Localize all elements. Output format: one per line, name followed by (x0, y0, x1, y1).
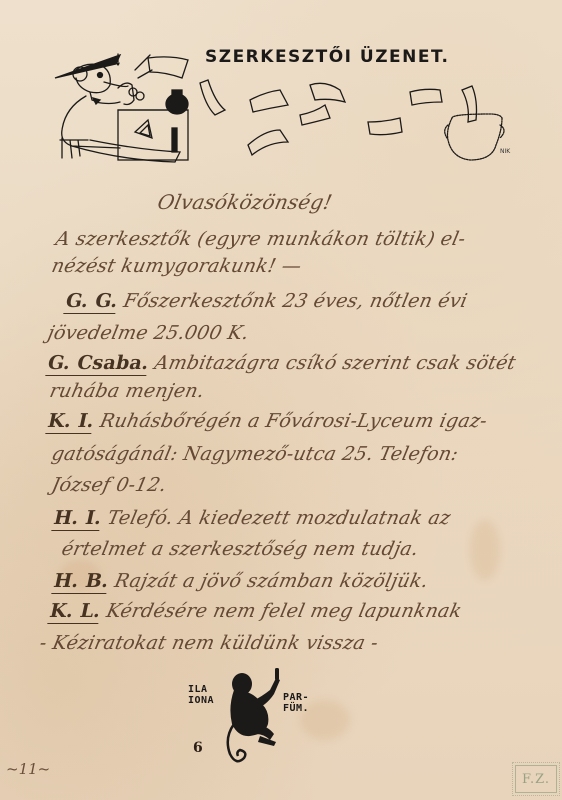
artist-signature: NIK (500, 148, 510, 155)
entry-text: Ambitazágra csíkó szerint csak sötét (153, 352, 518, 374)
masthead-title: SZERKESZTŐI ÜZENET. (205, 47, 449, 67)
entry-g-csaba: G. Csaba.Ambitazágra csíkó szerint csak … (46, 352, 518, 374)
entry-ki: K. I.Ruhásbőrégén a Fővárosi-Lyceum igaz… (46, 410, 490, 432)
signature-block: ILA IONA PAR- FÜM. (180, 662, 350, 772)
signature-left-line: ILA (188, 684, 214, 695)
letter-greeting: Olvasóközönség! (155, 190, 334, 214)
letter-intro-line: A szerkesztők (egyre munkákon töltik) el… (54, 228, 468, 250)
signature-right-line: PAR- (283, 692, 309, 703)
entry-tag: H. I. (51, 507, 104, 531)
flying-paper-strips-icon (200, 80, 477, 155)
entry-text-line: gatóságánál: Nagymező-utca 25. Telefon: (50, 443, 461, 465)
entry-tag: G. G. (63, 290, 120, 314)
letter-closing: - Kéziratokat nem küldünk vissza - (38, 632, 381, 654)
entry-tag: H. B. (51, 570, 111, 594)
page-number: ~11~ (6, 760, 50, 778)
entry-hb: H. B.Rajzát a jövő számban közöljük. (52, 570, 431, 592)
entry-text: Rajzát a jövő számban közöljük. (113, 570, 431, 592)
letter-intro-line: nézést kumygorakunk! — (50, 255, 304, 277)
signature-right-text: PAR- FÜM. (283, 692, 309, 714)
entry-kl: K. L.Kérdésére nem felel meg lapunknak (48, 600, 464, 622)
entry-text-line: József 0-12. (50, 474, 169, 496)
signature-left-line: IONA (188, 695, 214, 706)
entry-hi: H. I.Telefó. A kiedezett mozdulatnak az (52, 507, 453, 529)
entry-text-line: ruhába menjen. (48, 380, 207, 402)
entry-text: Kérdésére nem felel meg lapunknak (104, 600, 463, 622)
entry-text-line: jövedelme 25.000 K. (46, 322, 251, 344)
entry-text: Telefó. A kiedezett mozdulatnak az (105, 507, 452, 529)
collection-stamp: F.Z. (515, 765, 557, 793)
entry-tag: G. Csaba. (45, 352, 151, 376)
signature-right-line: FÜM. (283, 703, 309, 714)
paper-stain (470, 520, 500, 580)
entry-text: Főszerkesztőnk 23 éves, nőtlen évi (122, 290, 470, 312)
paper-strip-icon (148, 57, 188, 78)
inventory-mark: 6 (193, 740, 203, 756)
entry-gg: G. G.Főszerkesztőnk 23 éves, nőtlen évi (64, 290, 470, 312)
entry-text: Ruhásbőrégén a Fővárosi-Lyceum igaz- (98, 410, 489, 432)
monkey-silhouette-icon (220, 662, 290, 772)
signature-left-text: ILA IONA (188, 684, 214, 706)
entry-tag: K. I. (45, 410, 96, 434)
entry-text-line: értelmet a szerkesztőség nem tudja. (60, 538, 421, 560)
entry-tag: K. L. (47, 600, 103, 624)
